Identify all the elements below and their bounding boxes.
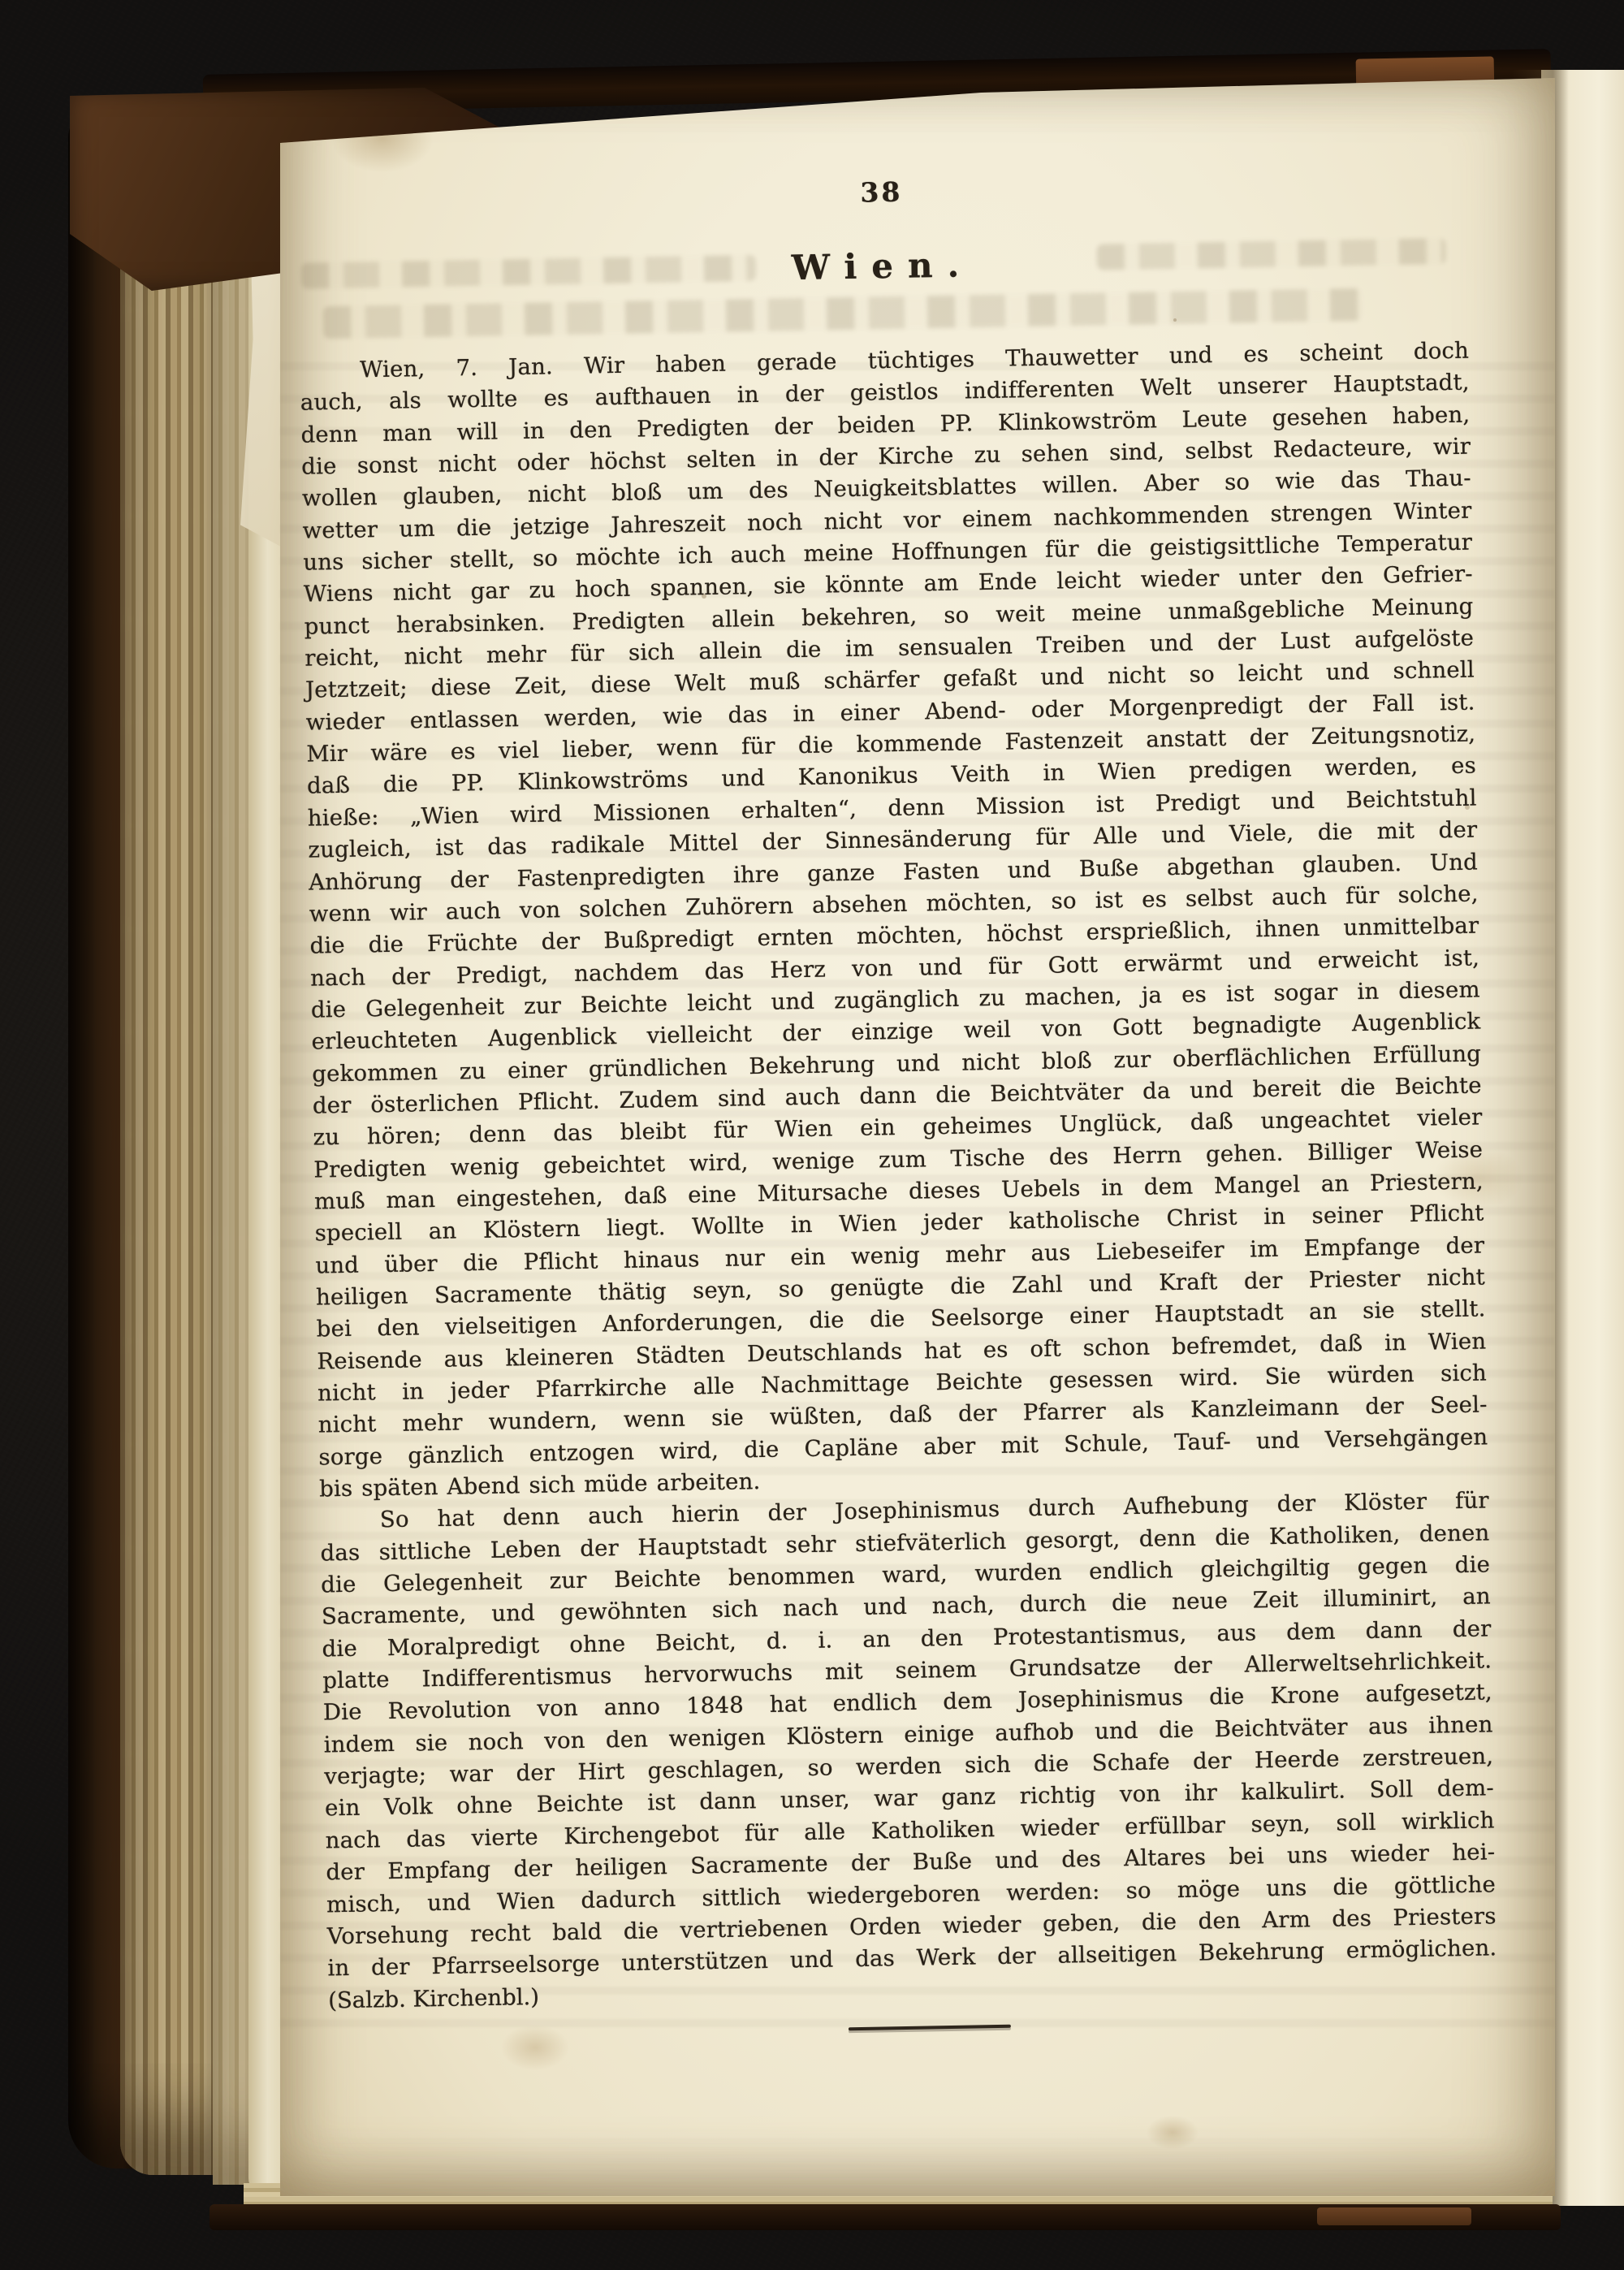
leather-patch-bottom <box>1317 2207 1471 2225</box>
printed-text-block: 38 Wien. Wien, 7. Jan. Wir haben gerade … <box>296 165 1498 2040</box>
book-photo: 38 Wien. Wien, 7. Jan. Wir haben gerade … <box>0 0 1624 2270</box>
book-cover-bottom-edge <box>209 2204 1561 2230</box>
article-body: Wien, 7. Jan. Wir haben gerade tüchtiges… <box>300 335 1497 1985</box>
